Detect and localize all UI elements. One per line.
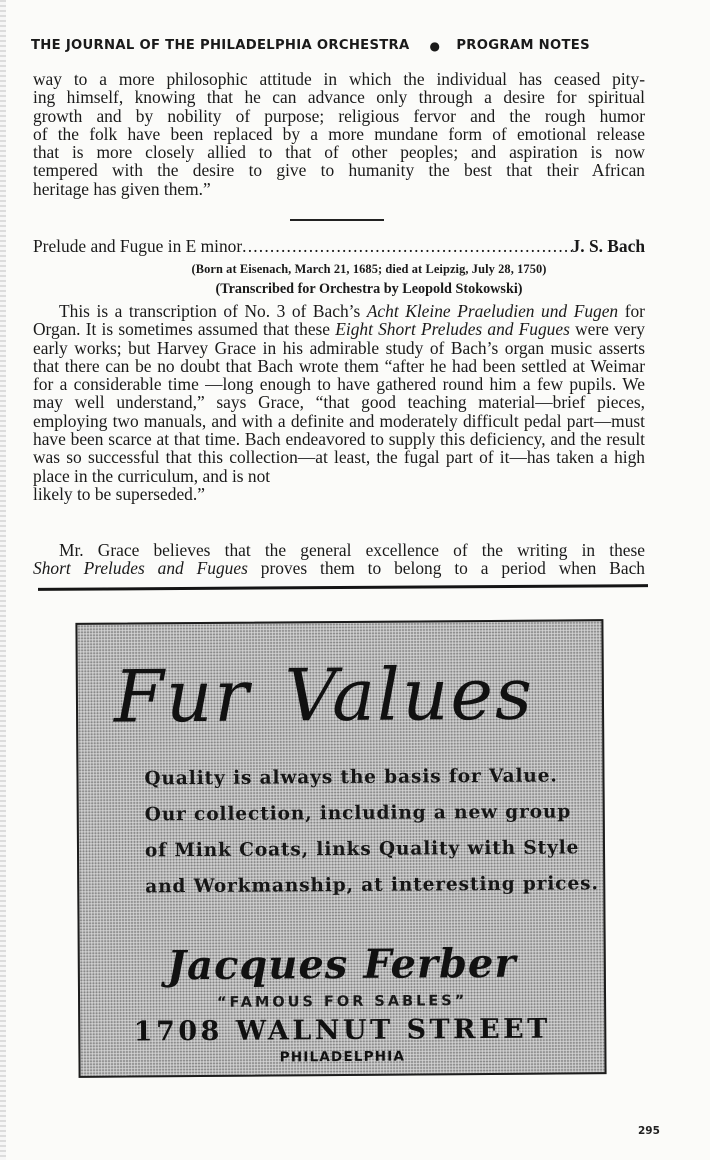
- text-line: tempered with the desire to give to huma…: [33, 161, 645, 179]
- ad-city: PHILADELPHIA: [80, 1047, 604, 1067]
- text-line: heritage has given them.”: [33, 180, 645, 198]
- ad-body-copy: Quality is always the basis for Value. O…: [144, 758, 565, 905]
- ad-copy-line: Quality is always the basis for Value.: [144, 758, 564, 797]
- ad-headline-word: Values: [284, 652, 534, 738]
- text-run: proves them to belong to a period when B…: [248, 558, 645, 578]
- text-line: Mr. Grace believes that the general exce…: [33, 541, 645, 559]
- continued-paragraph: way to a more philosophic attitude in wh…: [33, 70, 645, 198]
- paragraph-text: Mr. Grace believes that the general exce…: [33, 541, 645, 578]
- italic-title: Acht Kleine Praeludien und Fugen: [367, 301, 618, 321]
- text-run: Mr. Grace believes that the general exce…: [59, 540, 645, 560]
- composer-name: J. S. Bach: [572, 236, 645, 257]
- text-line: that is more closely allied to that of o…: [33, 143, 645, 161]
- page-number: 295: [638, 1125, 660, 1137]
- ad-street-address: 1708 WALNUT STREET: [80, 1013, 604, 1048]
- transcription-credit: (Transcribed for Orchestra by Leopold St…: [0, 281, 710, 298]
- program-note-paragraph-2: Mr. Grace believes that the general exce…: [33, 541, 645, 578]
- page-edge-scan-artifact: [0, 0, 6, 1160]
- italic-title: Eight Short Preludes and Fugues: [335, 319, 570, 339]
- text-line: growth and by nobility of purpose; relig…: [33, 107, 645, 125]
- text-line: Short Preludes and Fugues proves them to…: [33, 559, 645, 577]
- ad-brand-logo: Jacques Ferber: [80, 939, 604, 990]
- ad-copy-line: of Mink Coats, links Quality with Style: [145, 830, 565, 869]
- ad-headline-word: Fur: [114, 654, 251, 739]
- running-head: THE JOURNAL OF THE PHILADELPHIA ORCHESTR…: [31, 38, 641, 53]
- text-line: way to a more philosophic attitude in wh…: [33, 70, 645, 88]
- paragraph-text: This is a transcription of No. 3 of Bach…: [33, 302, 645, 503]
- section-divider: [290, 219, 384, 221]
- piece-heading: Prelude and Fugue in E minor J. S. Bach: [33, 236, 645, 257]
- text-line: ing himself, knowing that he can advance…: [33, 88, 645, 106]
- text-run: This is a transcription of No. 3 of Bach…: [59, 301, 367, 321]
- paragraph-text: way to a more philosophic attitude in wh…: [33, 70, 645, 198]
- page-rule: [38, 584, 648, 591]
- section-title: PROGRAM NOTES: [456, 38, 590, 53]
- italic-title: Short Preludes and Fugues: [33, 558, 248, 578]
- ad-copy-line: Our collection, including a new group: [145, 794, 565, 833]
- text-line: likely to be superseded.”: [33, 485, 645, 503]
- text-line: of the folk have been replaced by a more…: [33, 125, 645, 143]
- leader-dots: [242, 236, 571, 257]
- ad-tagline: “FAMOUS FOR SABLES”: [80, 992, 604, 1012]
- program-note-paragraph-1: This is a transcription of No. 3 of Bach…: [33, 302, 645, 503]
- piece-title: Prelude and Fugue in E minor: [33, 236, 242, 257]
- text-run: were very early works; but Harvey Grace …: [33, 319, 645, 485]
- advertisement-jacques-ferber: FurValues Quality is always the basis fo…: [75, 619, 606, 1078]
- ad-headline: FurValues: [114, 652, 535, 739]
- ad-copy-line: and Workmanship, at interesting prices.: [145, 866, 565, 905]
- journal-title: THE JOURNAL OF THE PHILADELPHIA ORCHESTR…: [31, 38, 410, 53]
- bullet-icon: ●: [430, 39, 441, 53]
- composer-dates: (Born at Eisenach, March 21, 1685; died …: [0, 262, 710, 277]
